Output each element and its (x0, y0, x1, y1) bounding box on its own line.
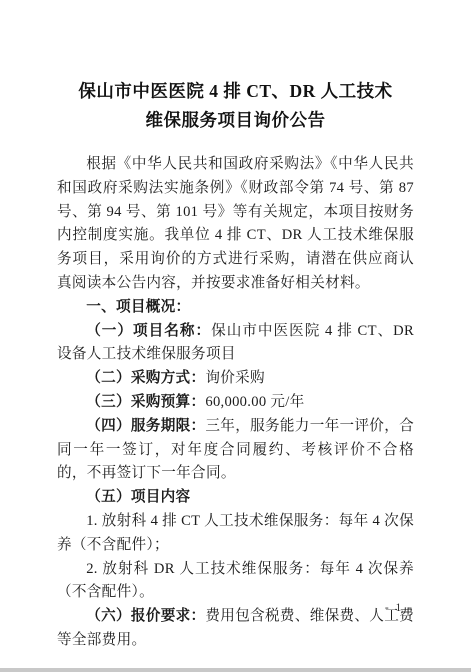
section-heading-overview: 一、项目概况： (57, 296, 414, 320)
paragraph-item-4-label: （四）服务期限： (86, 418, 205, 434)
page-number: - 1 - (385, 602, 414, 614)
paragraph-item-6: （六）报价要求：费用包含税费、维保费、人工费等全部费用。 (57, 605, 414, 653)
paragraph-item-5-label: （五）项目内容 (86, 489, 190, 505)
paragraph-item-5: （五）项目内容 (57, 486, 414, 510)
paragraph-subitem-1: 1. 放射科 4 排 CT 人工技术维保服务：每年 4 次保养（不含配件）； (57, 510, 414, 558)
document-title: 保山市中医医院 4 排 CT、DR 人工技术 维保服务项目询价公告 (0, 77, 471, 135)
paragraph-subitem-2: 2. 放射科 DR 人工技术维保服务：每年 4 次保养（不含配件）。 (57, 558, 414, 606)
document-title-line2: 维保服务项目询价公告 (0, 106, 471, 135)
document-body: 根据《中华人民共和国政府采购法》《中华人民共和国政府采购法实施条例》《财政部令第… (57, 153, 414, 653)
paragraph-item-3-text: 60,000.00 元/年 (205, 394, 304, 410)
document-page: 保山市中医医院 4 排 CT、DR 人工技术 维保服务项目询价公告 根据《中华人… (0, 0, 471, 672)
paragraph-item-3-label: （三）采购预算： (86, 394, 205, 410)
paragraph-item-6-label: （六）报价要求： (86, 608, 205, 624)
paragraph-item-1-label: （一）项目名称： (86, 323, 211, 339)
document-title-line1: 保山市中医医院 4 排 CT、DR 人工技术 (0, 77, 471, 106)
paragraph-item-2-label: （二）采购方式： (86, 370, 205, 386)
paragraph-item-3: （三）采购预算：60,000.00 元/年 (57, 391, 414, 415)
paragraph-item-4: （四）服务期限：三年，服务能力一年一评价，合同一年一签订，对年度合同履约、考核评… (57, 415, 414, 486)
paragraph-item-2-text: 询价采购 (205, 370, 265, 386)
paragraph-item-1: （一）项目名称：保山市中医医院 4 排 CT、DR 设备人工技术维保服务项目 (57, 320, 414, 368)
page-bottom-edge (0, 668, 471, 672)
paragraph-item-2: （二）采购方式：询价采购 (57, 367, 414, 391)
paragraph-subitem-1-text: 1. 放射科 4 排 CT 人工技术维保服务：每年 4 次保养（不含配件）； (57, 513, 414, 553)
intro-paragraph: 根据《中华人民共和国政府采购法》《中华人民共和国政府采购法实施条例》《财政部令第… (57, 153, 414, 296)
paragraph-subitem-2-text: 2. 放射科 DR 人工技术维保服务：每年 4 次保养（不含配件）。 (57, 561, 414, 601)
